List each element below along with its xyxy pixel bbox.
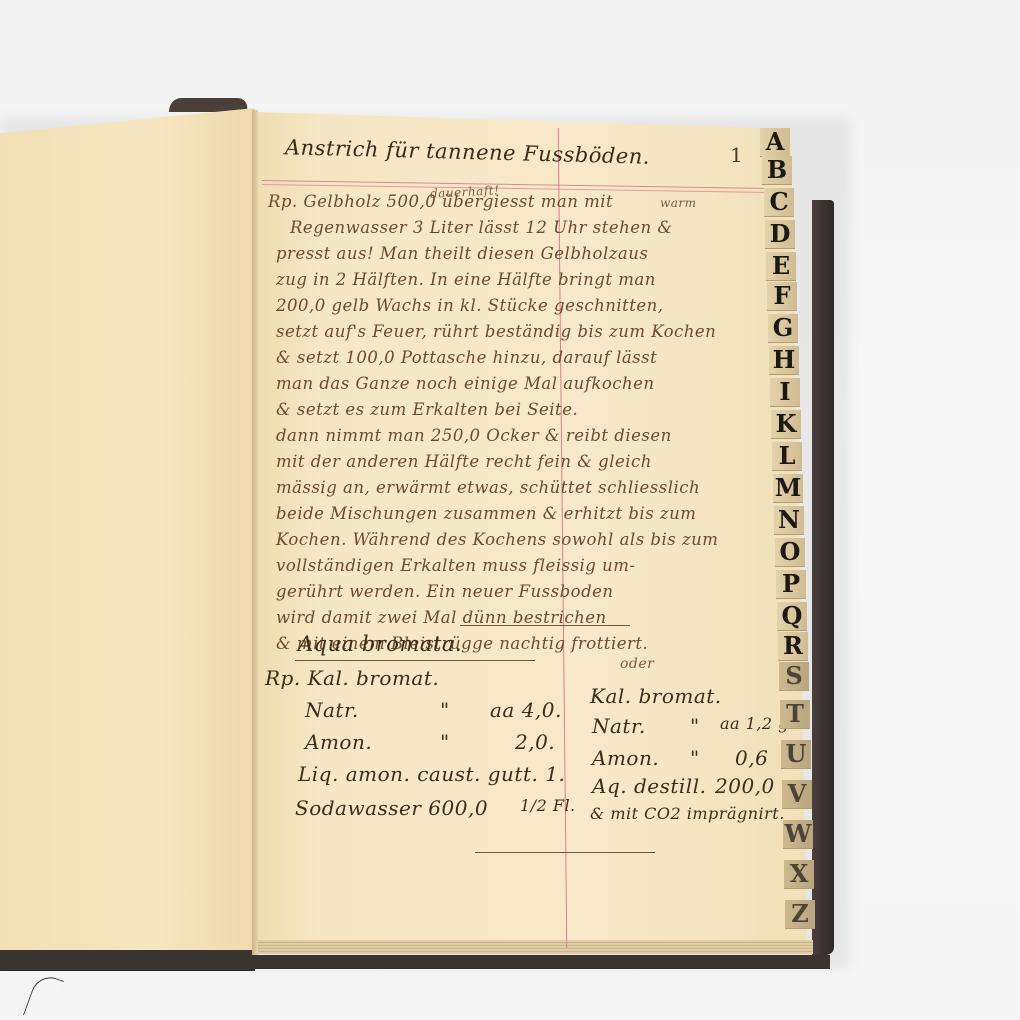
index-tab-z[interactable]: Z	[785, 900, 815, 929]
book-cover-spine-edge	[812, 200, 834, 955]
ditto-mark: "	[690, 714, 700, 738]
recipe-line: presst aus! Man theilt diesen Gelbholzau…	[276, 244, 648, 263]
index-tab-u[interactable]: U	[781, 740, 811, 769]
index-tab-h[interactable]: H	[769, 346, 799, 375]
recipe-line: dann nimmt man 250,0 Ocker & reibt diese…	[276, 426, 672, 445]
ditto-mark: "	[440, 730, 450, 754]
recipe-line: & setzt 100,0 Pottasche hinzu, darauf lä…	[276, 348, 657, 367]
end-divider	[475, 852, 655, 853]
ingredient-item: Amon.	[592, 746, 659, 770]
index-tab-x[interactable]: X	[784, 860, 814, 889]
ditto-mark: "	[440, 698, 450, 722]
index-tab-p[interactable]: P	[776, 570, 806, 599]
index-tab-a[interactable]: A	[760, 128, 790, 157]
interlinear-note: warm	[660, 196, 697, 210]
title-underline	[295, 660, 535, 661]
oder-separator: oder	[620, 656, 654, 672]
ingredient-qty: aa 4,0.	[490, 698, 562, 722]
recipe-line: 200,0 gelb Wachs in kl. Stücke geschnitt…	[276, 296, 664, 315]
ingredient-item: Natr.	[592, 714, 646, 738]
page-number: 1	[730, 143, 743, 167]
index-tab-s[interactable]: S	[779, 662, 809, 691]
recipe-line: gerührt werden. Ein neuer Fussboden	[276, 582, 614, 601]
ingredient-item: Sodawasser 600,0	[295, 796, 488, 820]
recipe-line: beide Mischungen zusammen & erhitzt bis …	[276, 504, 696, 523]
ingredient-item: Aq. destill.	[592, 774, 706, 798]
index-tab-n[interactable]: N	[774, 506, 804, 535]
ingredient-item: Liq. amon. caust. gutt. 1.	[298, 762, 565, 786]
recipe-line: Kochen. Während des Kochens sowohl als b…	[276, 530, 718, 549]
ingredient-qty: 1/2 Fl.	[520, 796, 576, 815]
alphabet-index-tabs: A B C D E F G H I K L M N O P Q R S T U …	[760, 128, 804, 948]
index-tab-m[interactable]: M	[773, 474, 803, 503]
recipe-2-title: Aqua bromata.	[298, 632, 462, 656]
index-tab-d[interactable]: D	[765, 220, 795, 249]
recipe-line: mit der anderen Hälfte recht fein & glei…	[276, 452, 652, 471]
left-page-blank	[0, 108, 255, 950]
loose-thread	[23, 972, 64, 1020]
index-tab-q[interactable]: Q	[777, 602, 807, 631]
book-gutter	[252, 110, 258, 955]
recipe-line: zug in 2 Hälften. In eine Hälfte bringt …	[276, 270, 656, 289]
index-tab-v[interactable]: V	[782, 780, 812, 809]
recipe-line: mässig an, erwärmt etwas, schüttet schli…	[276, 478, 700, 497]
index-tab-k[interactable]: K	[771, 410, 801, 439]
book-cover-bottom-right	[255, 955, 830, 969]
index-tab-f[interactable]: F	[767, 282, 797, 311]
index-tab-b[interactable]: B	[762, 156, 792, 185]
ingredient-item: Amon.	[305, 730, 372, 754]
index-tab-o[interactable]: O	[775, 538, 805, 567]
section-divider	[460, 625, 630, 626]
index-tab-r[interactable]: R	[778, 632, 808, 661]
ingredient-item: Rp. Kal. bromat.	[265, 666, 439, 690]
ingredient-qty: 2,0.	[515, 730, 555, 754]
recipe-line: man das Ganze noch einige Mal aufkochen	[276, 374, 655, 393]
index-tab-t[interactable]: T	[780, 700, 810, 729]
index-tab-w[interactable]: W	[783, 820, 813, 849]
index-tab-g[interactable]: G	[768, 314, 798, 343]
index-tab-l[interactable]: L	[772, 442, 802, 471]
recipe-line: setzt auf's Feuer, rührt beständig bis z…	[276, 322, 716, 341]
index-tab-e[interactable]: E	[766, 252, 796, 281]
recipe-line: vollständigen Erkalten muss fleissig um-	[276, 556, 635, 575]
recipe-line: & setzt es zum Erkalten bei Seite.	[276, 400, 578, 419]
index-tab-i[interactable]: I	[770, 378, 800, 407]
ditto-mark: "	[690, 746, 700, 770]
ingredient-item: & mit CO2 imprägnirt.	[590, 804, 785, 823]
ingredient-item: Natr.	[305, 698, 359, 722]
page-block-edges	[258, 940, 813, 954]
ingredient-item: Kal. bromat.	[590, 684, 722, 708]
recipe-line: Rp. Gelbholz 500,0 übergiesst man mit	[268, 192, 613, 211]
book-cover-bottom-left	[0, 948, 255, 971]
recipe-line: Regenwasser 3 Liter lässt 12 Uhr stehen …	[290, 218, 673, 237]
index-tab-c[interactable]: C	[764, 188, 794, 217]
